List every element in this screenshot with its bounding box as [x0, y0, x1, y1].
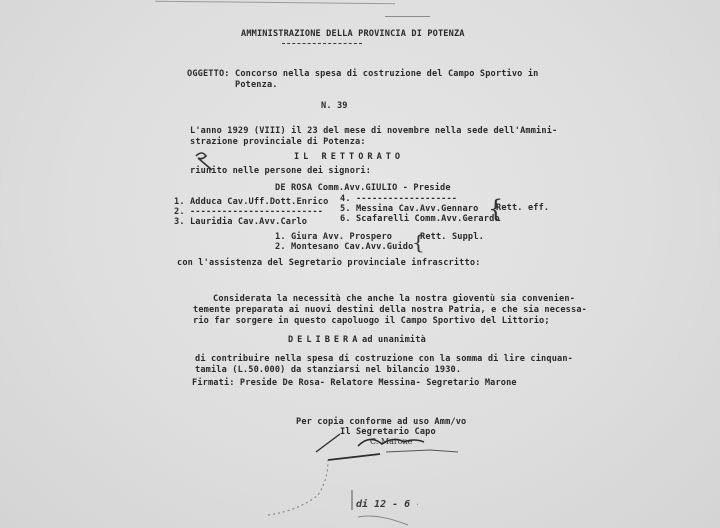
deliberation-number: N. 39 — [321, 101, 348, 112]
intro-line-2: strazione provinciale di Potenza: — [190, 137, 366, 148]
considerata-line-3: rio far sorgere in questo capoluogo il C… — [193, 316, 550, 327]
svg-text:di 12 - 6 - 33871: di 12 - 6 - 33871 — [356, 498, 418, 510]
subject-line-1: Concorso nella spesa di costruzione del … — [235, 69, 538, 80]
scanned-document-page: AMMINISTRAZIONE DELLA PROVINCIA DI POTEN… — [0, 0, 720, 528]
member-left-3: 3. Lauridia Cav.Avv.Carlo — [174, 217, 307, 228]
contribuire-line-2: tamila (L.50.000) da stanziarsi nel bila… — [195, 365, 461, 376]
svg-text:C. Marone: C. Marone — [370, 437, 413, 446]
delibera-suffix: ad unanimità — [362, 335, 426, 346]
member-right-6: 6. Scafarelli Comm.Avv.Gerardo — [340, 214, 500, 225]
scan-edge-line — [385, 16, 430, 17]
document-header: AMMINISTRAZIONE DELLA PROVINCIA DI POTEN… — [241, 29, 465, 40]
intro-line-1: L'anno 1929 (VIII) il 23 del mese di nov… — [190, 126, 557, 137]
registration-stamp: di 12 - 6 - 33871 — [258, 455, 418, 528]
contribuire-line-1: di contribuire nella spesa di costruzion… — [195, 354, 573, 365]
substitute-2: 2. Montesano Cav.Avv.Guido — [275, 242, 413, 253]
president-line: DE ROSA Comm.Avv.GIULIO - Preside — [275, 183, 451, 194]
considerata-line-1: Considerata la necessità che anche la no… — [213, 294, 575, 305]
effective-label: Rett. eff. — [496, 203, 549, 214]
scan-edge-line — [155, 1, 395, 5]
subject-label: OGGETTO: — [187, 69, 230, 80]
header-underline — [282, 43, 362, 44]
body-title: IL RETTORATO — [294, 152, 404, 163]
considerata-line-2: temente preparata ai nuovi destini della… — [193, 305, 587, 316]
subject-line-2: Potenza. — [235, 80, 278, 91]
assistance-line: con l'assistenza del Segretario provinci… — [177, 258, 480, 269]
signatories-line: Firmati: Preside De Rosa- Relatore Messi… — [192, 378, 517, 389]
substitutes-label: Rett. Suppl. — [420, 232, 484, 243]
delibera-heading: DELIBERA — [288, 335, 361, 346]
riunito-line: riunito nelle persone dei signori: — [190, 166, 371, 177]
